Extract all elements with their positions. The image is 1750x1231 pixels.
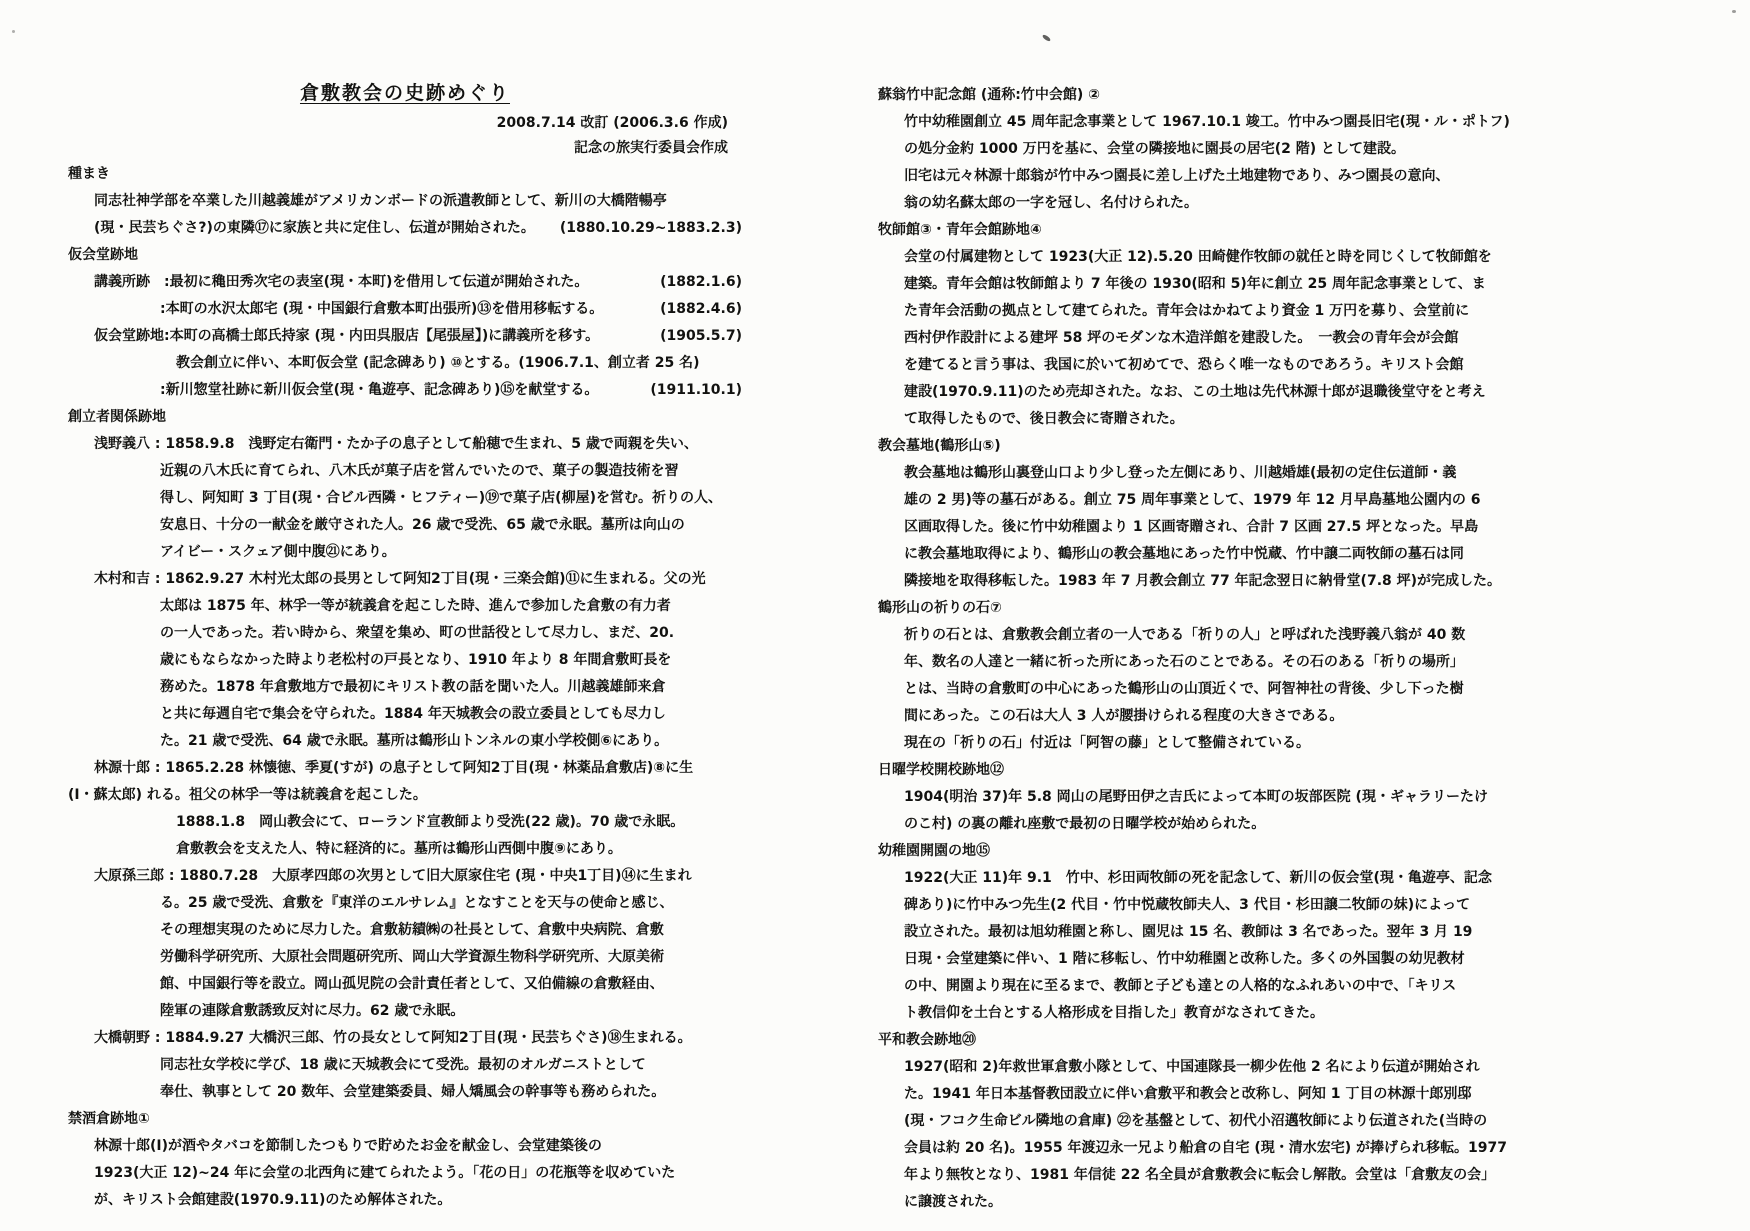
section-heading: 禁酒倉跡地① bbox=[68, 1106, 742, 1133]
line-text: の処分金約 1000 万円を基に、会堂の隣接地に園長の居宅(2 階) として建設… bbox=[904, 136, 1405, 163]
line-text: 大原孫三郎 : 1880.7.28 大原孝四郎の次男として旧大原家住宅 (現・中… bbox=[94, 863, 692, 890]
text-line: 陸軍の連隊倉敷誘致反対に尽力。62 歳で永眠。 bbox=[68, 998, 742, 1025]
text-line: 建築。青年会館は牧師館より 7 年後の 1930(昭和 5)年に創立 25 周年… bbox=[878, 271, 1560, 298]
section-heading: 創立者関係跡地 bbox=[68, 404, 742, 431]
date-ref: (1911.10.1) bbox=[644, 377, 742, 404]
text-line: 1923(大正 12)~24 年に会堂の北西角に建てられたよう。「花の日」の花瓶… bbox=[68, 1160, 742, 1187]
line-text: に教会墓地取得により、鶴形山の教会墓地にあった竹中悦蔵、竹中譲二両牧師の墓石は同 bbox=[904, 541, 1464, 568]
line-text: 1922(大正 11)年 9.1 竹中、杉田両牧師の死を記念して、新川の仮会堂(… bbox=[904, 865, 1492, 892]
line-text: の一人であった。若い時から、衆望を集め、町の世話役として尽力し、まだ、20. bbox=[160, 620, 674, 647]
line-text: た。21 歳で受洗、64 歳で永眠。墓所は鶴形山トンネルの東小学校側⑥にあり。 bbox=[160, 728, 668, 755]
text-line: が、キリスト会館建設(1970.9.11)のため解体された。 bbox=[68, 1187, 742, 1214]
line-text: と共に毎週自宅で集会を守られた。1884 年天城教会の設立委員としても尽力し bbox=[160, 701, 666, 728]
text-line: 歳にもならなかった時より老松村の戸長となり、1910 年より 8 年間倉敷町長を bbox=[68, 647, 742, 674]
line-text: 倉敷教会を支えた人、特に経済的に。墓所は鶴形山西側中腹⑨にあり。 bbox=[176, 836, 622, 863]
line-text: 祈りの石とは、倉敷教会創立者の一人である「祈りの人」と呼ばれた浅野義八翁が 40… bbox=[904, 622, 1465, 649]
document-section: 創立者関係跡地浅野義八 : 1858.9.8 浅野定右衛門・たか子の息子として船… bbox=[68, 404, 742, 1106]
scan-speck bbox=[12, 30, 15, 33]
text-line: 得し、阿知町 3 丁目(現・合ビル西隣・ヒフティー)⑲で菓子店(柳屋)を営む。祈… bbox=[68, 485, 742, 512]
line-text: (現・民芸ちぐさ?)の東隣⑰に家族と共に定住し、伝道が開始された。 bbox=[94, 215, 535, 242]
left-column-sections: 種まき同志社神学部を卒業した川越義雄がアメリカンボードの派遣教師として、新川の大… bbox=[68, 161, 742, 1214]
text-line: 1904(明治 37)年 5.8 岡山の尾野田伊之吉氏によって本町の坂部医院 (… bbox=[878, 784, 1560, 811]
line-text: 設立された。最初は旭幼稚園と称し、園児は 15 名、教師は 3 名であった。翌年… bbox=[904, 919, 1472, 946]
document-section: 種まき同志社神学部を卒業した川越義雄がアメリカンボードの派遣教師として、新川の大… bbox=[68, 161, 742, 242]
text-line: :新川惣堂社跡に新川仮会堂(現・亀遊亭、記念碑あり)⑮を献堂する。(1911.1… bbox=[68, 377, 742, 404]
line-text: 教会墓地は鶴形山裏登山口より少し登った左側にあり、川越婚雄(最初の定住伝道師・義 bbox=[904, 460, 1456, 487]
line-text: 雄の 2 男)等の墓石がある。創立 75 周年事業として、1979 年 12 月… bbox=[904, 487, 1481, 514]
document-section: 禁酒倉跡地①林源十郎(Ⅰ)が酒やタバコを節制したつもりで貯めたお金を献金し、会堂… bbox=[68, 1106, 742, 1214]
text-line: 会堂の付属建物として 1923(大正 12).5.20 田崎健作牧師の就任と時を… bbox=[878, 244, 1560, 271]
text-line: 林源十郎(Ⅰ)が酒やタバコを節制したつもりで貯めたお金を献金し、会堂建築後の bbox=[68, 1133, 742, 1160]
section-heading: 種まき bbox=[68, 161, 742, 188]
scan-speck bbox=[1732, 10, 1736, 13]
text-line: 1922(大正 11)年 9.1 竹中、杉田両牧師の死を記念して、新川の仮会堂(… bbox=[878, 865, 1560, 892]
section-heading: 平和教会跡地⑳ bbox=[878, 1027, 1560, 1054]
line-text: に譲渡された。 bbox=[904, 1189, 1002, 1216]
text-line: 安息日、十分の一献金を厳守された人。26 歳で受洗、65 歳で永眠。墓所は向山の bbox=[68, 512, 742, 539]
line-text: 日現・会堂建築に伴い、1 階に移転し、竹中幼稚園と改称した。多くの外国製の幼児教… bbox=[904, 946, 1465, 973]
text-line: 建設(1970.9.11)のため売却された。なお、この土地は先代林源十郎が退職後… bbox=[878, 379, 1560, 406]
text-line: 1927(昭和 2)年救世軍倉敷小隊として、中国連隊長一柳少佐他 2 名により伝… bbox=[878, 1054, 1560, 1081]
line-text: 同志社神学部を卒業した川越義雄がアメリカンボードの派遣教師として、新川の大橋階暢… bbox=[94, 188, 667, 215]
revision-date: 2008.7.14 改訂 (2006.3.6 作成) bbox=[68, 111, 742, 136]
line-text: 建築。青年会館は牧師館より 7 年後の 1930(昭和 5)年に創立 25 周年… bbox=[904, 271, 1486, 298]
text-line: 西村伊作設計による建坪 58 坪のモダンな木造洋館を建設した。 一教会の青年会が… bbox=[878, 325, 1560, 352]
date-ref: (1882.1.6) bbox=[654, 269, 742, 296]
line-text: 区画取得した。後に竹中幼稚園より 1 区画寄贈され、合計 7 区画 27.5 坪… bbox=[904, 514, 1478, 541]
text-line: 日現・会堂建築に伴い、1 階に移転し、竹中幼稚園と改称した。多くの外国製の幼児教… bbox=[878, 946, 1560, 973]
text-line: 竹中幼稚園創立 45 周年記念事業として 1967.10.1 竣工。竹中みつ園長… bbox=[878, 109, 1560, 136]
text-line: 祈りの石とは、倉敷教会創立者の一人である「祈りの人」と呼ばれた浅野義八翁が 40… bbox=[878, 622, 1560, 649]
date-ref: (1905.5.7) bbox=[654, 323, 742, 350]
line-text: その理想実現のために尽力した。倉敷紡績㈱の社長として、倉敷中央病院、倉敷 bbox=[160, 917, 664, 944]
text-line: ト教信仰を土台とする人格形成を目指した」教育がなされてきた。 bbox=[878, 1000, 1560, 1027]
line-text: 講義所跡 :最初に穐田秀次宅の表室(現・本町)を借用して伝道が開始された。 bbox=[94, 269, 588, 296]
text-line: 年、数名の人達と一緒に祈った所にあった石のことである。その石のある「祈りの場所」 bbox=[878, 649, 1560, 676]
text-line: に教会墓地取得により、鶴形山の教会墓地にあった竹中悦蔵、竹中譲二両牧師の墓石は同 bbox=[878, 541, 1560, 568]
line-text: 大橋朝野 : 1884.9.27 大橋沢三郎、竹の長女として阿知2丁目(現・民芸… bbox=[94, 1025, 692, 1052]
line-text: 得し、阿知町 3 丁目(現・合ビル西隣・ヒフティー)⑲で菓子店(柳屋)を営む。祈… bbox=[160, 485, 722, 512]
line-text: (Ⅰ・蘇太郎) れる。祖父の林孚一等は統義倉を起こした。 bbox=[68, 782, 427, 809]
line-text: 会員は約 20 名)。1955 年渡辺永一兄より船倉の自宅 (現・清水宏宅) が… bbox=[904, 1135, 1507, 1162]
text-line: て取得したもので、後日教会に寄贈された。 bbox=[878, 406, 1560, 433]
line-text: 近親の八木氏に育てられ、八木氏が菓子店を営んでいたので、菓子の製造技術を習 bbox=[160, 458, 679, 485]
line-text: 館、中国銀行等を設立。岡山孤児院の会計責任者として、又伯備線の倉敷経由、 bbox=[160, 971, 664, 998]
text-line: 務めた。1878 年倉敷地方で最初にキリスト教の話を聞いた人。川越義雄師来倉 bbox=[68, 674, 742, 701]
text-line: アイビー・スクェア側中腹㉑にあり。 bbox=[68, 539, 742, 566]
page-left: 倉敷教会の史跡めぐり 2008.7.14 改訂 (2006.3.6 作成) 記念… bbox=[68, 78, 742, 1214]
text-line: 奉仕、執事として 20 数年、会堂建築委員、婦人矯風会の幹事等も務められた。 bbox=[68, 1079, 742, 1106]
right-column-sections: 蘇翁竹中記念館 (通称:竹中会館) ②竹中幼稚園創立 45 周年記念事業として … bbox=[878, 82, 1560, 1216]
line-text: 竹中幼稚園創立 45 周年記念事業として 1967.10.1 竣工。竹中みつ園長… bbox=[904, 109, 1510, 136]
line-text: 浅野義八 : 1858.9.8 浅野定右衛門・たか子の息子として船穂で生まれ、5… bbox=[94, 431, 698, 458]
line-text: 同志社女学校に学び、18 歳に天城教会にて受洗。最初のオルガニストとして bbox=[160, 1052, 646, 1079]
line-text: :本町の水沢太郎宅 (現・中国銀行倉敷本町出張所)⑬を借用移転する。 bbox=[160, 296, 603, 323]
section-heading: 教会墓地(鶴形山⑤) bbox=[878, 433, 1560, 460]
text-line: 大橋朝野 : 1884.9.27 大橋沢三郎、竹の長女として阿知2丁目(現・民芸… bbox=[68, 1025, 742, 1052]
text-line: 現在の「祈りの石」付近は「阿智の藤」として整備されている。 bbox=[878, 730, 1560, 757]
page-right: 蘇翁竹中記念館 (通称:竹中会館) ②竹中幼稚園創立 45 周年記念事業として … bbox=[878, 82, 1560, 1216]
line-text: 歳にもならなかった時より老松村の戸長となり、1910 年より 8 年間倉敷町長を bbox=[160, 647, 671, 674]
text-line: 浅野義八 : 1858.9.8 浅野定右衛門・たか子の息子として船穂で生まれ、5… bbox=[68, 431, 742, 458]
line-text: アイビー・スクェア側中腹㉑にあり。 bbox=[160, 539, 396, 566]
text-line: 大原孫三郎 : 1880.7.28 大原孝四郎の次男として旧大原家住宅 (現・中… bbox=[68, 863, 742, 890]
text-line: の中、開園より現在に至るまで、教師と子ども達との人格的なふれあいの中で、「キリス bbox=[878, 973, 1560, 1000]
text-line: に譲渡された。 bbox=[878, 1189, 1560, 1216]
text-line: 木村和吉 : 1862.9.27 木村光太郎の長男として阿知2丁目(現・三楽会館… bbox=[68, 566, 742, 593]
date-ref: (1880.10.29~1883.2.3) bbox=[554, 215, 742, 242]
text-line: 労働科学研究所、大原社会問題研究所、岡山大学資源生物科学研究所、大原美術 bbox=[68, 944, 742, 971]
line-text: 年より無牧となり、1981 年信徒 22 名全員が倉敷教会に転会し解散。会堂は「… bbox=[904, 1162, 1495, 1189]
text-line: 1888.1.8 岡山教会にて、ローランド宣教師より受洗(22 歳)。70 歳で… bbox=[68, 809, 742, 836]
text-line: の処分金約 1000 万円を基に、会堂の隣接地に園長の居宅(2 階) として建設… bbox=[878, 136, 1560, 163]
section-heading: 仮会堂跡地 bbox=[68, 242, 742, 269]
document-section: 牧師館③・青年会館跡地④会堂の付属建物として 1923(大正 12).5.20 … bbox=[878, 217, 1560, 433]
text-line: 翁の幼名蘇太郎の一字を冠し、名付けられた。 bbox=[878, 190, 1560, 217]
scanned-document-sheet: 倉敷教会の史跡めぐり 2008.7.14 改訂 (2006.3.6 作成) 記念… bbox=[0, 0, 1750, 1231]
document-title: 倉敷教会の史跡めぐり bbox=[68, 78, 742, 105]
line-text: の中、開園より現在に至るまで、教師と子ども達との人格的なふれあいの中で、「キリス bbox=[904, 973, 1456, 1000]
text-line: 同志社女学校に学び、18 歳に天城教会にて受洗。最初のオルガニストとして bbox=[68, 1052, 742, 1079]
text-line: た。21 歳で受洗、64 歳で永眠。墓所は鶴形山トンネルの東小学校側⑥にあり。 bbox=[68, 728, 742, 755]
line-text: 現在の「祈りの石」付近は「阿智の藤」として整備されている。 bbox=[904, 730, 1310, 757]
text-line: 設立された。最初は旭幼稚園と称し、園児は 15 名、教師は 3 名であった。翌年… bbox=[878, 919, 1560, 946]
text-line: (現・フコク生命ビル隣地の倉庫) ㉒を基盤として、初代小沼邁牧師により伝道された… bbox=[878, 1108, 1560, 1135]
line-text: 碑あり)に竹中みつ先生(2 代目・竹中悦蔵牧師夫人、3 代目・杉田譲二牧師の妹)… bbox=[904, 892, 1470, 919]
line-text: 1904(明治 37)年 5.8 岡山の尾野田伊之吉氏によって本町の坂部医院 (… bbox=[904, 784, 1488, 811]
line-text: 間にあった。この石は大人 3 人が腰掛けられる程度の大きさである。 bbox=[904, 703, 1343, 730]
text-line: とは、当時の倉敷町の中心にあった鶴形山の山頂近くで、阿智神社の背後、少し下った樹 bbox=[878, 676, 1560, 703]
line-text: 労働科学研究所、大原社会問題研究所、岡山大学資源生物科学研究所、大原美術 bbox=[160, 944, 664, 971]
scan-speck bbox=[1042, 34, 1052, 42]
text-line: 区画取得した。後に竹中幼稚園より 1 区画寄贈され、合計 7 区画 27.5 坪… bbox=[878, 514, 1560, 541]
document-section: 鶴形山の祈りの石⑦祈りの石とは、倉敷教会創立者の一人である「祈りの人」と呼ばれた… bbox=[878, 595, 1560, 757]
line-text: 奉仕、執事として 20 数年、会堂建築委員、婦人矯風会の幹事等も務められた。 bbox=[160, 1079, 665, 1106]
text-line: :本町の水沢太郎宅 (現・中国銀行倉敷本町出張所)⑬を借用移転する。(1882.… bbox=[68, 296, 742, 323]
text-line: 仮会堂跡地:本町の高橋士郎氏持家 (現・内田呉服店【尾張屋】)に講義所を移す。(… bbox=[68, 323, 742, 350]
section-heading: 幼稚園開園の地⑮ bbox=[878, 838, 1560, 865]
text-line: 教会墓地は鶴形山裏登山口より少し登った左側にあり、川越婚雄(最初の定住伝道師・義 bbox=[878, 460, 1560, 487]
text-line: 館、中国銀行等を設立。岡山孤児院の会計責任者として、又伯備線の倉敷経由、 bbox=[68, 971, 742, 998]
line-text: る。25 歳で受洗、倉敷を『東洋のエルサレム』となすことを天与の使命と感じ、 bbox=[160, 890, 674, 917]
line-text: ト教信仰を土台とする人格形成を目指した」教育がなされてきた。 bbox=[904, 1000, 1324, 1027]
line-text: 西村伊作設計による建坪 58 坪のモダンな木造洋館を建設した。 一教会の青年会が… bbox=[904, 325, 1458, 352]
text-line: 林源十郎 : 1865.2.28 林懐徳、季夏(すが) の息子として阿知2丁目(… bbox=[68, 755, 742, 782]
section-heading: 蘇翁竹中記念館 (通称:竹中会館) ② bbox=[878, 82, 1560, 109]
text-line: (現・民芸ちぐさ?)の東隣⑰に家族と共に定住し、伝道が開始された。(1880.1… bbox=[68, 215, 742, 242]
line-text: 翁の幼名蘇太郎の一字を冠し、名付けられた。 bbox=[904, 190, 1198, 217]
text-line: その理想実現のために尽力した。倉敷紡績㈱の社長として、倉敷中央病院、倉敷 bbox=[68, 917, 742, 944]
line-text: 林源十郎 : 1865.2.28 林懐徳、季夏(すが) の息子として阿知2丁目(… bbox=[94, 755, 693, 782]
text-line: 碑あり)に竹中みつ先生(2 代目・竹中悦蔵牧師夫人、3 代目・杉田譲二牧師の妹)… bbox=[878, 892, 1560, 919]
line-text: が、キリスト会館建設(1970.9.11)のため解体された。 bbox=[94, 1187, 451, 1214]
line-text: 木村和吉 : 1862.9.27 木村光太郎の長男として阿知2丁目(現・三楽会館… bbox=[94, 566, 706, 593]
line-text: :新川惣堂社跡に新川仮会堂(現・亀遊亭、記念碑あり)⑮を献堂する。 bbox=[160, 377, 598, 404]
line-text: とは、当時の倉敷町の中心にあった鶴形山の山頂近くで、阿智神社の背後、少し下った樹 bbox=[904, 676, 1464, 703]
line-text: (現・フコク生命ビル隣地の倉庫) ㉒を基盤として、初代小沼邁牧師により伝道された… bbox=[904, 1108, 1487, 1135]
text-line: 隣接地を取得移転した。1983 年 7 月教会創立 77 年記念翌日に納骨堂(7… bbox=[878, 568, 1560, 595]
line-text: 教会創立に伴い、本町仮会堂 (記念碑あり) ⑩とする。(1906.7.1、創立者… bbox=[176, 350, 700, 377]
line-text: 1927(昭和 2)年救世軍倉敷小隊として、中国連隊長一柳少佐他 2 名により伝… bbox=[904, 1054, 1480, 1081]
text-line: のこ村) の裏の離れ座敷で最初の日曜学校が始められた。 bbox=[878, 811, 1560, 838]
text-line: る。25 歳で受洗、倉敷を『東洋のエルサレム』となすことを天与の使命と感じ、 bbox=[68, 890, 742, 917]
text-line: 間にあった。この石は大人 3 人が腰掛けられる程度の大きさである。 bbox=[878, 703, 1560, 730]
text-line: 教会創立に伴い、本町仮会堂 (記念碑あり) ⑩とする。(1906.7.1、創立者… bbox=[68, 350, 742, 377]
line-text: 1923(大正 12)~24 年に会堂の北西角に建てられたよう。「花の日」の花瓶… bbox=[94, 1160, 675, 1187]
text-line: 雄の 2 男)等の墓石がある。創立 75 周年事業として、1979 年 12 月… bbox=[878, 487, 1560, 514]
line-text: た青年会活動の拠点として建てられた。青年会はかねてより資金 1 万円を募り、会堂… bbox=[904, 298, 1469, 325]
text-line: た。1941 年日本基督教団設立に伴い倉敷平和教会と改称し、阿知 1 丁目の林源… bbox=[878, 1081, 1560, 1108]
text-line: 同志社神学部を卒業した川越義雄がアメリカンボードの派遣教師として、新川の大橋階暢… bbox=[68, 188, 742, 215]
text-line: 講義所跡 :最初に穐田秀次宅の表室(現・本町)を借用して伝道が開始された。(18… bbox=[68, 269, 742, 296]
line-text: 林源十郎(Ⅰ)が酒やタバコを節制したつもりで貯めたお金を献金し、会堂建築後の bbox=[94, 1133, 602, 1160]
text-line: 年より無牧となり、1981 年信徒 22 名全員が倉敷教会に転会し解散。会堂は「… bbox=[878, 1162, 1560, 1189]
text-line: の一人であった。若い時から、衆望を集め、町の世話役として尽力し、まだ、20. bbox=[68, 620, 742, 647]
text-line: 倉敷教会を支えた人、特に経済的に。墓所は鶴形山西側中腹⑨にあり。 bbox=[68, 836, 742, 863]
line-text: 務めた。1878 年倉敷地方で最初にキリスト教の話を聞いた人。川越義雄師来倉 bbox=[160, 674, 666, 701]
line-text: を建てると言う事は、我国に於いて初めてで、恐らく唯一なものであろう。キリスト会館 bbox=[904, 352, 1463, 379]
document-section: 蘇翁竹中記念館 (通称:竹中会館) ②竹中幼稚園創立 45 周年記念事業として … bbox=[878, 82, 1560, 217]
section-heading: 牧師館③・青年会館跡地④ bbox=[878, 217, 1560, 244]
line-text: た。1941 年日本基督教団設立に伴い倉敷平和教会と改称し、阿知 1 丁目の林源… bbox=[904, 1081, 1471, 1108]
document-section: 日曜学校開校跡地⑫1904(明治 37)年 5.8 岡山の尾野田伊之吉氏によって… bbox=[878, 757, 1560, 838]
section-heading: 日曜学校開校跡地⑫ bbox=[878, 757, 1560, 784]
line-text: 旧宅は元々林源十郎翁が竹中みつ園長に差し上げた土地建物であり、みつ園長の意向、 bbox=[904, 163, 1449, 190]
author-credit: 記念の旅実行委員会作成 bbox=[68, 136, 742, 161]
line-text: 年、数名の人達と一緒に祈った所にあった石のことである。その石のある「祈りの場所」 bbox=[904, 649, 1464, 676]
line-text: 仮会堂跡地:本町の高橋士郎氏持家 (現・内田呉服店【尾張屋】)に講義所を移す。 bbox=[94, 323, 599, 350]
line-text: 陸軍の連隊倉敷誘致反対に尽力。62 歳で永眠。 bbox=[160, 998, 464, 1025]
text-line: た青年会活動の拠点として建てられた。青年会はかねてより資金 1 万円を募り、会堂… bbox=[878, 298, 1560, 325]
line-text: 会堂の付属建物として 1923(大正 12).5.20 田崎健作牧師の就任と時を… bbox=[904, 244, 1492, 271]
line-text: 1888.1.8 岡山教会にて、ローランド宣教師より受洗(22 歳)。70 歳で… bbox=[176, 809, 684, 836]
section-heading: 鶴形山の祈りの石⑦ bbox=[878, 595, 1560, 622]
text-line: と共に毎週自宅で集会を守られた。1884 年天城教会の設立委員としても尽力し bbox=[68, 701, 742, 728]
document-section: 仮会堂跡地講義所跡 :最初に穐田秀次宅の表室(現・本町)を借用して伝道が開始され… bbox=[68, 242, 742, 404]
text-line: 会員は約 20 名)。1955 年渡辺永一兄より船倉の自宅 (現・清水宏宅) が… bbox=[878, 1135, 1560, 1162]
text-line: を建てると言う事は、我国に於いて初めてで、恐らく唯一なものであろう。キリスト会館 bbox=[878, 352, 1560, 379]
line-text: 建設(1970.9.11)のため売却された。なお、この土地は先代林源十郎が退職後… bbox=[904, 379, 1486, 406]
date-ref: (1882.4.6) bbox=[654, 296, 742, 323]
line-text: て取得したもので、後日教会に寄贈された。 bbox=[904, 406, 1184, 433]
text-line: 近親の八木氏に育てられ、八木氏が菓子店を営んでいたので、菓子の製造技術を習 bbox=[68, 458, 742, 485]
document-section: 平和教会跡地⑳1927(昭和 2)年救世軍倉敷小隊として、中国連隊長一柳少佐他 … bbox=[878, 1027, 1560, 1216]
line-text: 安息日、十分の一献金を厳守された人。26 歳で受洗、65 歳で永眠。墓所は向山の bbox=[160, 512, 685, 539]
line-text: のこ村) の裏の離れ座敷で最初の日曜学校が始められた。 bbox=[904, 811, 1265, 838]
line-text: 太郎は 1875 年、林孚一等が統義倉を起こした時、進んで参加した倉敷の有力者 bbox=[160, 593, 671, 620]
document-section: 幼稚園開園の地⑮1922(大正 11)年 9.1 竹中、杉田両牧師の死を記念して… bbox=[878, 838, 1560, 1027]
text-line: 太郎は 1875 年、林孚一等が統義倉を起こした時、進んで参加した倉敷の有力者 bbox=[68, 593, 742, 620]
document-section: 教会墓地(鶴形山⑤)教会墓地は鶴形山裏登山口より少し登った左側にあり、川越婚雄(… bbox=[878, 433, 1560, 595]
line-text: 隣接地を取得移転した。1983 年 7 月教会創立 77 年記念翌日に納骨堂(7… bbox=[904, 568, 1501, 595]
text-line: 旧宅は元々林源十郎翁が竹中みつ園長に差し上げた土地建物であり、みつ園長の意向、 bbox=[878, 163, 1560, 190]
text-line: (Ⅰ・蘇太郎) れる。祖父の林孚一等は統義倉を起こした。 bbox=[68, 782, 742, 809]
